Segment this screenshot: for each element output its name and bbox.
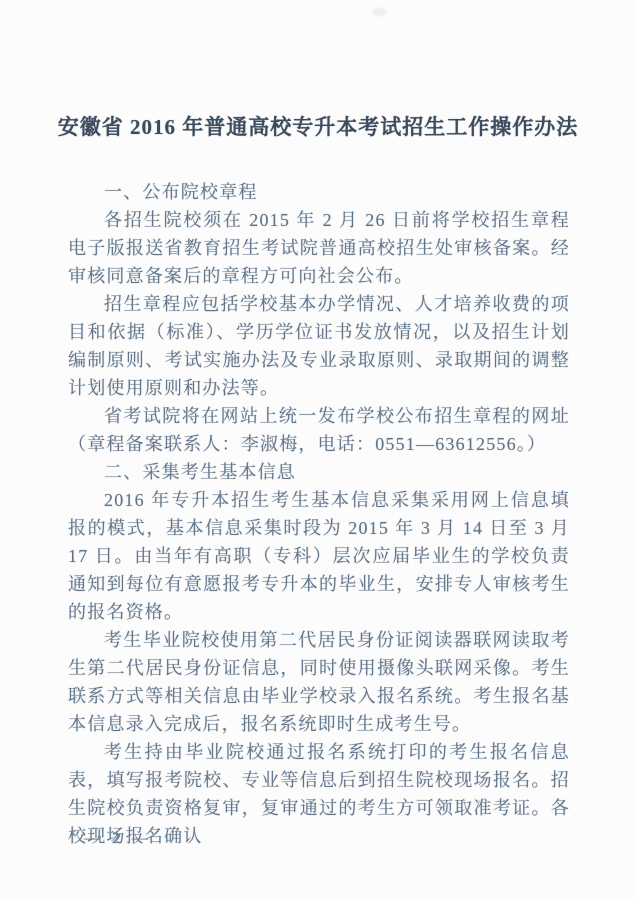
document-body: 一、公布院校章程 各招生院校须在 2015 年 2 月 26 日前将学校招生章程… [68,178,570,850]
section-2-heading: 二、采集考生基本信息 [68,458,570,486]
section-1-heading: 一、公布院校章程 [68,178,570,206]
document-title: 安徽省 2016 年普通高校专升本考试招生工作操作办法 [0,0,636,142]
section-1-paragraph-1: 各招生院校须在 2015 年 2 月 26 日前将学校招生章程电子版报送省教育招… [68,206,570,290]
document-page: 安徽省 2016 年普通高校专升本考试招生工作操作办法 一、公布院校章程 各招生… [0,0,636,899]
section-1-paragraph-3: 省考试院将在网站上统一发布学校公布招生章程的网址（章程备案联系人：李淑梅，电话：… [68,402,570,458]
scan-smudge [372,8,386,16]
section-2-paragraph-1: 2016 年专升本招生考生基本信息采集采用网上信息填报的模式，基本信息采集时段为… [68,486,570,626]
section-2-paragraph-2: 考生毕业院校使用第二代居民身份证阅读器联网读取考生第二代居民身份证信息，同时使用… [68,626,570,738]
section-1-paragraph-2: 招生章程应包括学校基本办学情况、人才培养收费的项目和依据（标准）、学历学位证书发… [68,290,570,402]
page-number: — 2 — [84,830,152,848]
